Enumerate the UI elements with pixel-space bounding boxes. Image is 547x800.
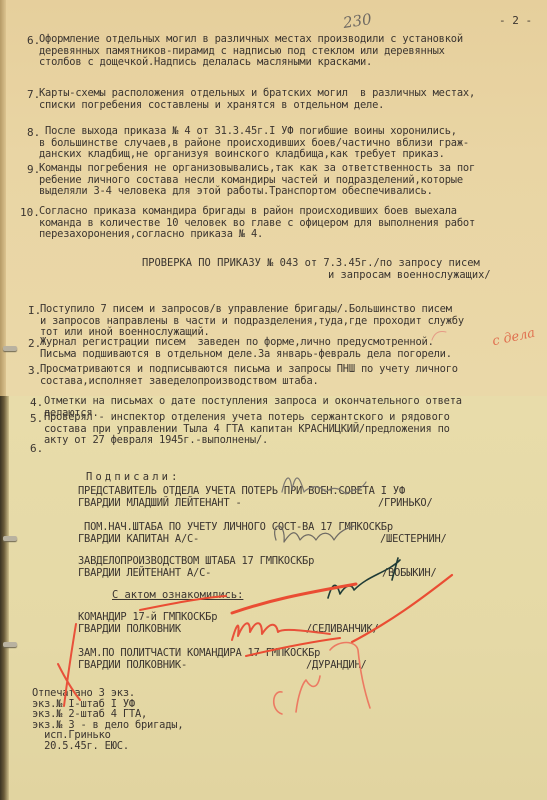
item-text-line: данских кладбищ,не организуя воинского к… bbox=[39, 149, 445, 161]
item-text-line: После выхода приказа № 4 от 31.3.45г.I У… bbox=[39, 126, 457, 138]
signed-label: Подписали: bbox=[86, 472, 181, 484]
item-text-line: Поступило 7 писем и запросов/в управлени… bbox=[40, 304, 452, 316]
section-heading-line1: ПРОВЕРКА ПО ПРИКАЗУ № 043 от 7.3.45г./по… bbox=[142, 258, 480, 270]
item-text-line: перезахоронения,согласно приказа № 4. bbox=[39, 229, 263, 241]
signer-rank: ГВАРДИИ ПОЛКОВНИК bbox=[78, 624, 181, 636]
signer-title: ЗАВДЕЛОПРОИЗВОДСТВОМ ШТАБА 17 ГМПКОСКБр bbox=[78, 556, 314, 568]
signer-name: /СЕЛИВАНЧИК/ bbox=[306, 624, 379, 636]
signer-title: ЗАМ.ПО ПОЛИТЧАСТИ КОМАНДИРА 17 ГМПКОСКБр bbox=[78, 648, 320, 660]
item-text-line: Согласно приказа командира бригады в рай… bbox=[39, 206, 457, 218]
signer-title: ПОМ.НАЧ.ШТАБА ПО УЧЕТУ ЛИЧНОГО СОСТ-ВА 1… bbox=[78, 522, 393, 534]
item-text-line: Карты-схемы расположения отдельных и бра… bbox=[39, 88, 475, 100]
signer-rank: ГВАРДИИ ЛЕЙТЕНАНТ А/С- bbox=[78, 568, 211, 580]
signer-name: /ГРИНЬКО/ bbox=[378, 498, 433, 510]
acknowledged-label: С актом ознакомились: bbox=[112, 590, 243, 602]
page-number: - 2 - bbox=[499, 14, 532, 27]
signer-title: КОМАНДИР 17-й ГМПКОСКБр bbox=[78, 612, 217, 624]
distribution-line: 20.5.45г. ЕЮС. bbox=[32, 741, 129, 753]
item-text-line: Просматриваются и подписываются письма и… bbox=[40, 364, 458, 376]
item-text-line: списки погребения составлены и хранятся … bbox=[39, 100, 384, 112]
binding-edge-top bbox=[0, 0, 6, 396]
signer-name: /ДУРАНДИН/ bbox=[306, 660, 367, 672]
item-text-line: состава,исполняет заведелопроизводством … bbox=[40, 376, 319, 388]
item-number: 10. bbox=[20, 206, 40, 219]
item-text-line: Команды погребения не организовывались,т… bbox=[39, 163, 475, 175]
item-text-line: Проверял - инспектор отделения учета пот… bbox=[44, 412, 450, 424]
item-text-line: Отметки на письмах о дате поступления за… bbox=[44, 396, 462, 408]
item-number: 6. bbox=[30, 442, 43, 455]
section-heading-line2: и запросам военнослужащих/ bbox=[328, 270, 491, 282]
item-text-line: Письма подшиваются в отдельном деле.За я… bbox=[40, 349, 452, 361]
item-number: 4. bbox=[30, 396, 43, 409]
item-number: 5. bbox=[30, 412, 43, 425]
item-text-line: выделяли 3-4 человека для этой работы.Тр… bbox=[39, 186, 433, 198]
item-text-line: акту от 27 февраля 1945г.-выполнены/. bbox=[44, 435, 268, 447]
signer-rank: ГВАРДИИ КАПИТАН А/С- bbox=[78, 534, 199, 546]
signer-name: /ВОБЫКИН/ bbox=[382, 568, 437, 580]
signer-name: /ШЕСТЕРНИН/ bbox=[380, 534, 447, 546]
staple bbox=[3, 346, 17, 351]
signer-rank: ГВАРДИИ МЛАДШИЙ ЛЕЙТЕНАНТ - bbox=[78, 498, 242, 510]
item-text-line: Оформление отдельных могил в различных м… bbox=[39, 34, 463, 46]
staple bbox=[3, 536, 17, 541]
signer-rank: ГВАРДИИ ПОЛКОВНИК- bbox=[78, 660, 187, 672]
item-text-line: столбов с дощечкой.Надпись делалась масл… bbox=[39, 57, 372, 69]
staple bbox=[3, 642, 17, 647]
signer-title: ПРЕДСТАВИТЕЛЬ ОТДЕЛА УЧЕТА ПОТЕРЬ ПРИ ВО… bbox=[78, 486, 405, 498]
item-text-line: Журнал регистрации писем заведен по форм… bbox=[40, 337, 434, 349]
binding-edge-bottom bbox=[0, 396, 9, 800]
